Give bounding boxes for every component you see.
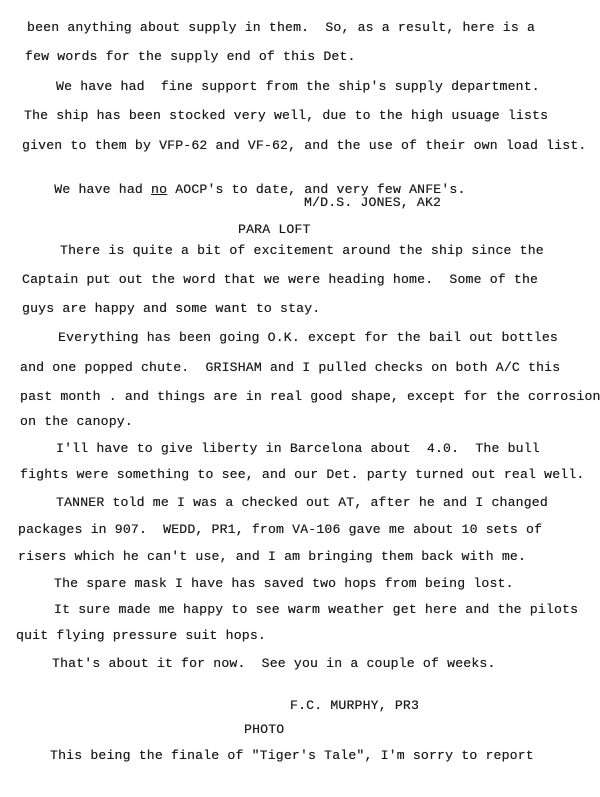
text-line: past month . and things are in real good… bbox=[20, 389, 600, 405]
text-line: quit flying pressure suit hops. bbox=[16, 628, 266, 644]
text-line: fights were something to see, and our De… bbox=[20, 467, 584, 483]
text-line: Everything has been going O.K. except fo… bbox=[58, 330, 558, 346]
section-heading-para-loft: PARA LOFT bbox=[238, 222, 311, 238]
text-line: TANNER told me I was a checked out AT, a… bbox=[56, 495, 548, 511]
typewritten-page: been anything about supply in them. So, … bbox=[0, 0, 600, 797]
text-line: This being the finale of "Tiger's Tale",… bbox=[50, 748, 534, 764]
text-line: There is quite a bit of excitement aroun… bbox=[60, 243, 544, 259]
text-line: I'll have to give liberty in Barcelona a… bbox=[56, 441, 540, 457]
section-heading-photo: PHOTO bbox=[244, 722, 284, 738]
text-line: risers which he can't use, and I am brin… bbox=[18, 549, 526, 565]
text-line: been anything about supply in them. So, … bbox=[27, 20, 535, 36]
text-line: Captain put out the word that we were he… bbox=[22, 272, 538, 288]
text-line: We have had fine support from the ship's… bbox=[56, 79, 540, 95]
text-line: few words for the supply end of this Det… bbox=[25, 49, 356, 65]
text-line: on the canopy. bbox=[20, 414, 133, 430]
text-line: The spare mask I have has saved two hops… bbox=[54, 576, 514, 592]
text-line: given to them by VFP-62 and VF-62, and t… bbox=[22, 138, 586, 154]
text-line: The ship has been stocked very well, due… bbox=[24, 108, 548, 124]
text-segment: We have had bbox=[54, 182, 151, 197]
text-line: packages in 907. WEDD, PR1, from VA-106 … bbox=[18, 522, 542, 538]
signature-murphy: F.C. MURPHY, PR3 bbox=[290, 698, 419, 714]
text-line: It sure made me happy to see warm weathe… bbox=[54, 602, 578, 618]
text-line: guys are happy and some want to stay. bbox=[22, 301, 320, 317]
signature-jones: M/D.S. JONES, AK2 bbox=[304, 195, 441, 211]
text-line: That's about it for now. See you in a co… bbox=[52, 656, 496, 672]
underlined-word: no bbox=[151, 182, 167, 197]
text-line: and one popped chute. GRISHAM and I pull… bbox=[20, 360, 560, 376]
